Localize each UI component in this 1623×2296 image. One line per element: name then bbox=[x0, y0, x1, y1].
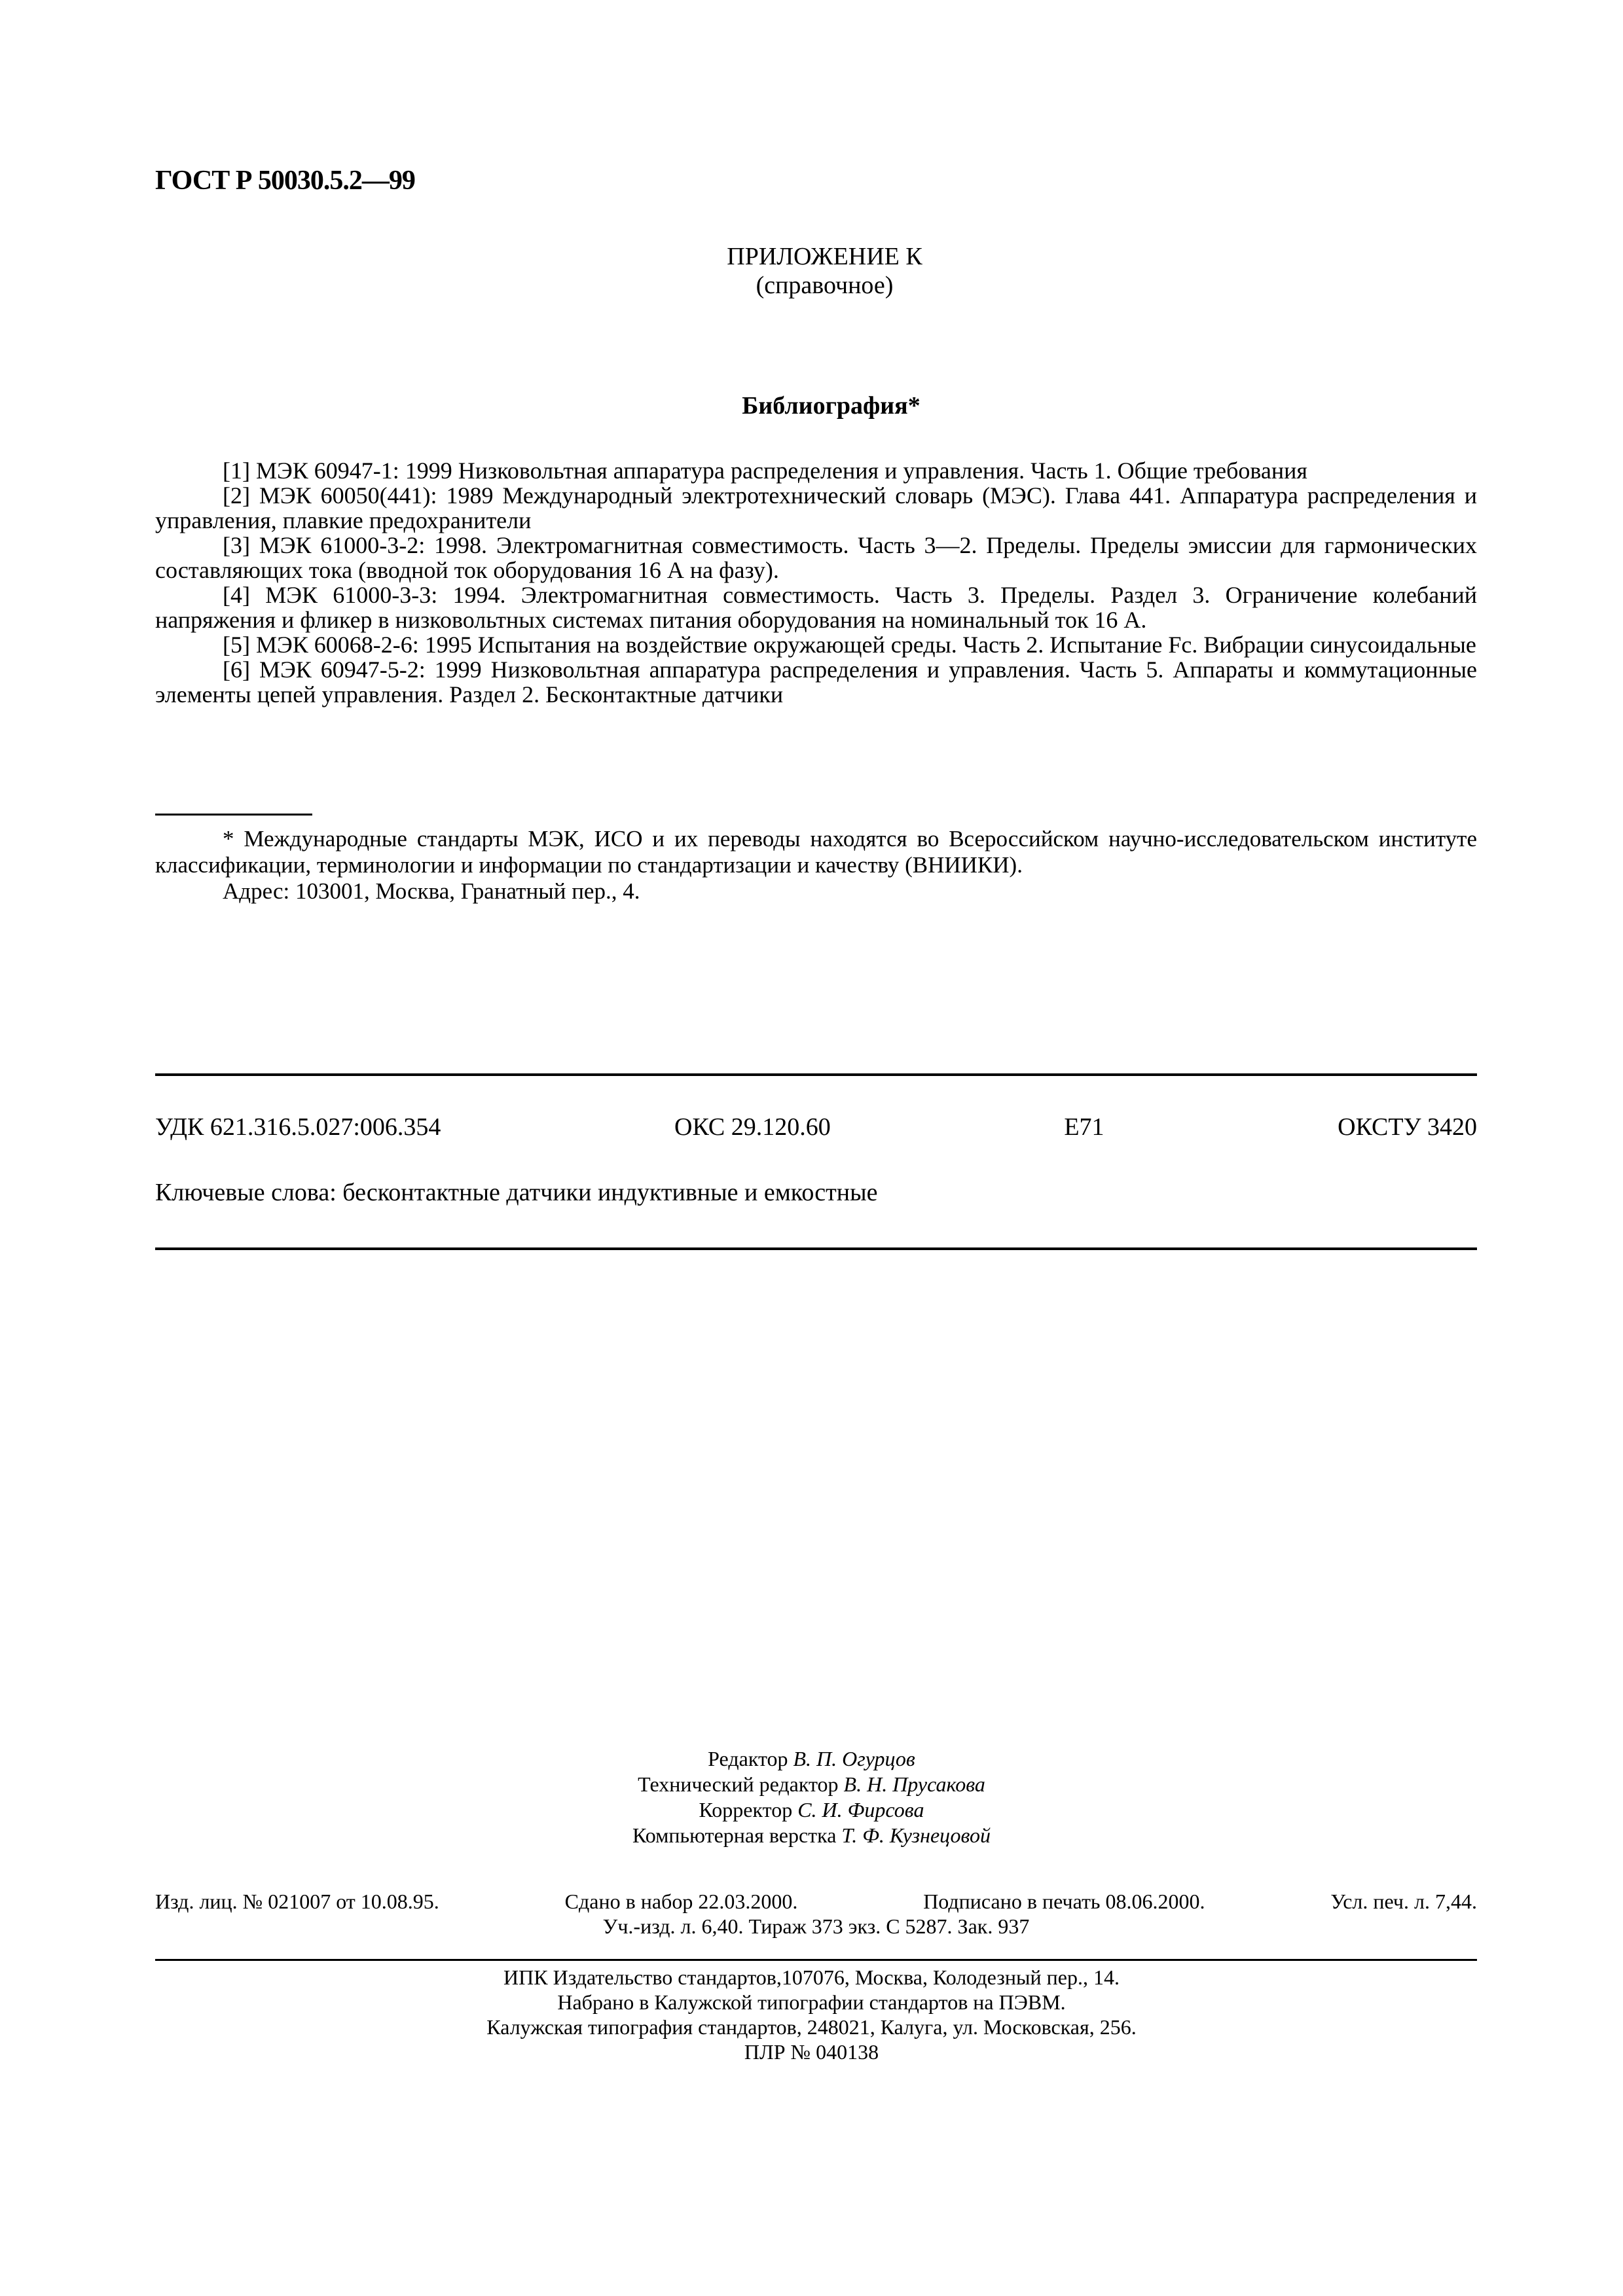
print-sheets: Усл. печ. л. 7,44. bbox=[1330, 1889, 1477, 1914]
classification-bottom-rule bbox=[155, 1247, 1477, 1250]
appendix-heading: ПРИЛОЖЕНИЕ К (справочное) bbox=[0, 242, 1623, 300]
credit-name: С. И. Фирсова bbox=[797, 1798, 924, 1821]
license-number: Изд. лиц. № 021007 от 10.08.95. bbox=[155, 1889, 439, 1914]
publisher-line: Набрано в Калужской типографии стандарто… bbox=[0, 1990, 1623, 2015]
editorial-credits: Редактор В. П. Огурцов Технический редак… bbox=[0, 1746, 1623, 1848]
footnote-divider bbox=[155, 814, 312, 816]
classification-row: УДК 621.316.5.027:006.354 ОКС 29.120.60 … bbox=[155, 1113, 1477, 1141]
imprint: Изд. лиц. № 021007 от 10.08.95. Сдано в … bbox=[155, 1889, 1477, 1939]
credit-role: Корректор bbox=[699, 1798, 793, 1821]
oks-code: ОКС 29.120.60 bbox=[674, 1113, 831, 1141]
classification-top-rule bbox=[155, 1073, 1477, 1076]
bibliography-entry: [1] МЭК 60947-1: 1999 Низковольтная аппа… bbox=[155, 458, 1477, 483]
bibliography-entry: [2] МЭК 60050(441): 1989 Международный э… bbox=[155, 483, 1477, 533]
credit-role: Компьютерная верстка bbox=[632, 1823, 836, 1847]
publisher-line: Калужская типография стандартов, 248021,… bbox=[0, 2015, 1623, 2039]
imprint-line-2: Уч.-изд. л. 6,40. Тираж 373 экз. С 5287.… bbox=[155, 1914, 1477, 1939]
credit-layout: Компьютерная верстка Т. Ф. Кузнецовой bbox=[0, 1823, 1623, 1848]
publisher-info: ИПК Издательство стандартов,107076, Моск… bbox=[0, 1965, 1623, 2064]
group-code: Е71 bbox=[1064, 1113, 1104, 1141]
footnote-text: * Международные стандарты МЭК, ИСО и их … bbox=[155, 826, 1477, 878]
appendix-subtitle: (справочное) bbox=[26, 271, 1623, 300]
credit-name: В. П. Огурцов bbox=[793, 1747, 915, 1770]
bibliography-title: Библиография* bbox=[0, 391, 1623, 420]
imprint-line-1: Изд. лиц. № 021007 от 10.08.95. Сдано в … bbox=[155, 1889, 1477, 1914]
udc-code: УДК 621.316.5.027:006.354 bbox=[155, 1113, 441, 1141]
bibliography-list: [1] МЭК 60947-1: 1999 Низковольтная аппа… bbox=[155, 458, 1477, 707]
bibliography-entry: [6] МЭК 60947-5-2: 1999 Низковольтная ап… bbox=[155, 657, 1477, 707]
okstu-code: ОКСТУ 3420 bbox=[1338, 1113, 1477, 1141]
footnote: * Международные стандарты МЭК, ИСО и их … bbox=[155, 826, 1477, 905]
credit-editor: Редактор В. П. Огурцов bbox=[0, 1746, 1623, 1772]
credit-role: Технический редактор bbox=[638, 1772, 838, 1796]
publisher-line: ИПК Издательство стандартов,107076, Моск… bbox=[0, 1965, 1623, 1990]
credit-name: В. Н. Прусакова bbox=[844, 1772, 985, 1796]
signed-date: Подписано в печать 08.06.2000. bbox=[923, 1889, 1205, 1914]
bibliography-entry: [4] МЭК 61000-3-3: 1994. Электромагнитна… bbox=[155, 583, 1477, 632]
credit-name: Т. Ф. Кузнецовой bbox=[841, 1823, 991, 1847]
bibliography-entry: [5] МЭК 60068-2-6: 1995 Испытания на воз… bbox=[155, 632, 1477, 657]
appendix-title: ПРИЛОЖЕНИЕ К bbox=[26, 242, 1623, 271]
credit-proofreader: Корректор С. И. Фирсова bbox=[0, 1797, 1623, 1823]
credit-tech-editor: Технический редактор В. Н. Прусакова bbox=[0, 1772, 1623, 1797]
bibliography-entry: [3] МЭК 61000-3-2: 1998. Электромагнитна… bbox=[155, 533, 1477, 583]
publisher-rule bbox=[155, 1959, 1477, 1961]
footnote-address: Адрес: 103001, Москва, Гранатный пер., 4… bbox=[155, 878, 1477, 905]
keywords: Ключевые слова: бесконтактные датчики ин… bbox=[155, 1178, 877, 1207]
document-code: ГОСТ Р 50030.5.2—99 bbox=[155, 165, 415, 196]
credit-role: Редактор bbox=[708, 1747, 788, 1770]
typeset-date: Сдано в набор 22.03.2000. bbox=[565, 1889, 798, 1914]
publisher-line: ПЛР № 040138 bbox=[0, 2039, 1623, 2064]
